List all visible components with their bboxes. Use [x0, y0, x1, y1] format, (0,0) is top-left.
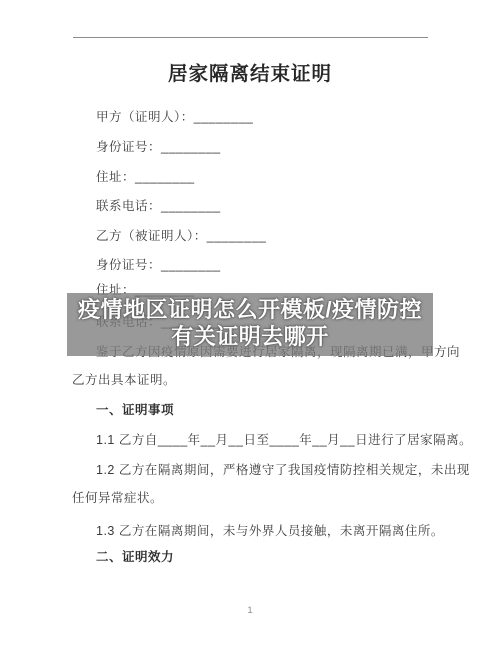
- item-1-3: 1.3 乙方在隔离期间，未与外界人员接触，未离开隔离住所。: [72, 522, 476, 540]
- section2-heading: 二、证明效力: [72, 548, 476, 566]
- header-divider: [73, 37, 428, 38]
- field-party-a: 甲方（证明人）：________: [72, 108, 476, 126]
- watermark-overlay-band: 疫情地区证明怎么开模板/疫情防控 有关证明去哪开: [67, 293, 433, 356]
- field-address-a: 住址：________: [72, 168, 476, 186]
- document-page: 居家隔离结束证明 甲方（证明人）：________ 身份证号：________ …: [0, 0, 500, 647]
- document-title: 居家隔离结束证明: [0, 61, 500, 87]
- field-id-number-a: 身份证号：________: [72, 138, 476, 156]
- item-1-2-line2: 任何异常症状。: [72, 489, 452, 507]
- field-id-number-b: 身份证号：________: [72, 256, 476, 274]
- overlay-caption-line1: 疫情地区证明怎么开模板/疫情防控: [78, 296, 422, 323]
- page-number: 1: [0, 604, 500, 618]
- field-phone-a: 联系电话：________: [72, 197, 476, 215]
- item-1-1: 1.1 乙方自____年__月__日至____年__月__日进行了居家隔离。: [72, 431, 476, 449]
- field-party-b: 乙方（被证明人）：________: [72, 227, 476, 245]
- overlay-caption-line2: 有关证明去哪开: [171, 323, 329, 350]
- intro-paragraph-line2: 乙方出具本证明。: [72, 371, 452, 389]
- section1-heading: 一、证明事项: [72, 401, 476, 419]
- item-1-2-line1: 1.2 乙方在隔离期间，严格遵守了我国疫情防控相关规定，未出现: [72, 461, 476, 479]
